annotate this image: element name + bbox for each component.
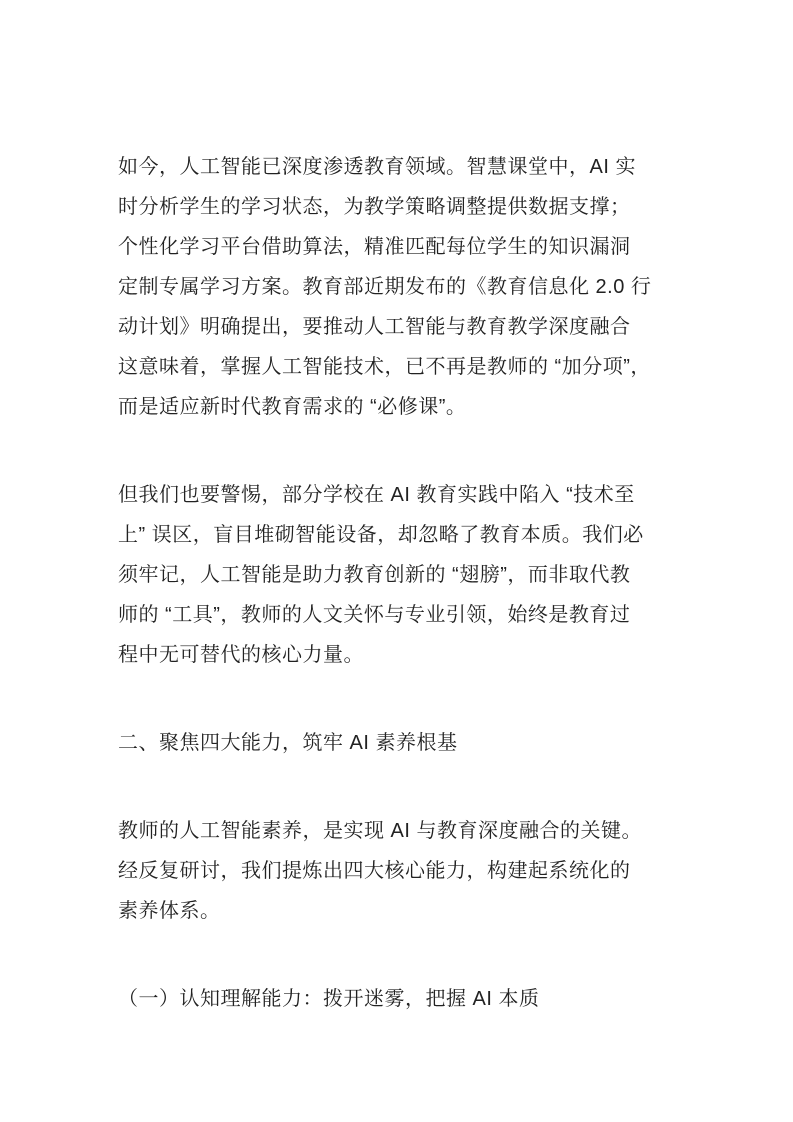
text-line: 素养体系。 — [118, 891, 676, 931]
text-line: 须牢记，人工智能是助力教育创新的 “翅膀”，而非取代教 — [118, 555, 676, 595]
section-heading-four-abilities: 二、聚焦四大能力，筑牢 AI 素养根基 — [118, 723, 676, 763]
section-heading-cognitive-understanding: （一）认知理解能力：拨开迷雾，把握 AI 本质 — [118, 979, 676, 1019]
paragraph-teacher-ai-literacy: 教师的人工智能素养，是实现 AI 与教育深度融合的关键。 经反复研讨，我们提炼出… — [118, 811, 676, 931]
text-line: 但我们也要警惕，部分学校在 AI 教育实践中陷入 “技术至 — [118, 475, 676, 515]
text-line: 程中无可替代的核心力量。 — [118, 635, 676, 675]
document-page: 如今，人工智能已深度渗透教育领域。智慧课堂中，AI 实 时分析学生的学习状态，为… — [0, 0, 793, 1122]
text-line: 教师的人工智能素养，是实现 AI 与教育深度融合的关键。 — [118, 811, 676, 851]
text-line: 定制专属学习方案。教育部近期发布的《教育信息化 2.0 行 — [118, 267, 676, 307]
text-line: 师的 “工具”，教师的人文关怀与专业引领，始终是教育过 — [118, 595, 676, 635]
text-line: 而是适应新时代教育需求的 “必修课”。 — [118, 387, 676, 427]
text-line: 个性化学习平台借助算法，精准匹配每位学生的知识漏洞 — [118, 227, 676, 267]
text-line: 经反复研讨，我们提炼出四大核心能力，构建起系统化的 — [118, 851, 676, 891]
text-line: 上” 误区，盲目堆砌智能设备，却忽略了教育本质。我们必 — [118, 515, 676, 555]
paragraph-intro-ai-education: 如今，人工智能已深度渗透教育领域。智慧课堂中，AI 实 时分析学生的学习状态，为… — [118, 147, 676, 427]
text-line: 动计划》明确提出，要推动人工智能与教育教学深度融合 — [118, 307, 676, 347]
text-line: 如今，人工智能已深度渗透教育领域。智慧课堂中，AI 实 — [118, 147, 676, 187]
text-line: 这意味着，掌握人工智能技术，已不再是教师的 “加分项”， — [118, 347, 676, 387]
paragraph-caution-tech-first: 但我们也要警惕，部分学校在 AI 教育实践中陷入 “技术至 上” 误区，盲目堆砌… — [118, 475, 676, 675]
text-line: 时分析学生的学习状态，为教学策略调整提供数据支撑； — [118, 187, 676, 227]
